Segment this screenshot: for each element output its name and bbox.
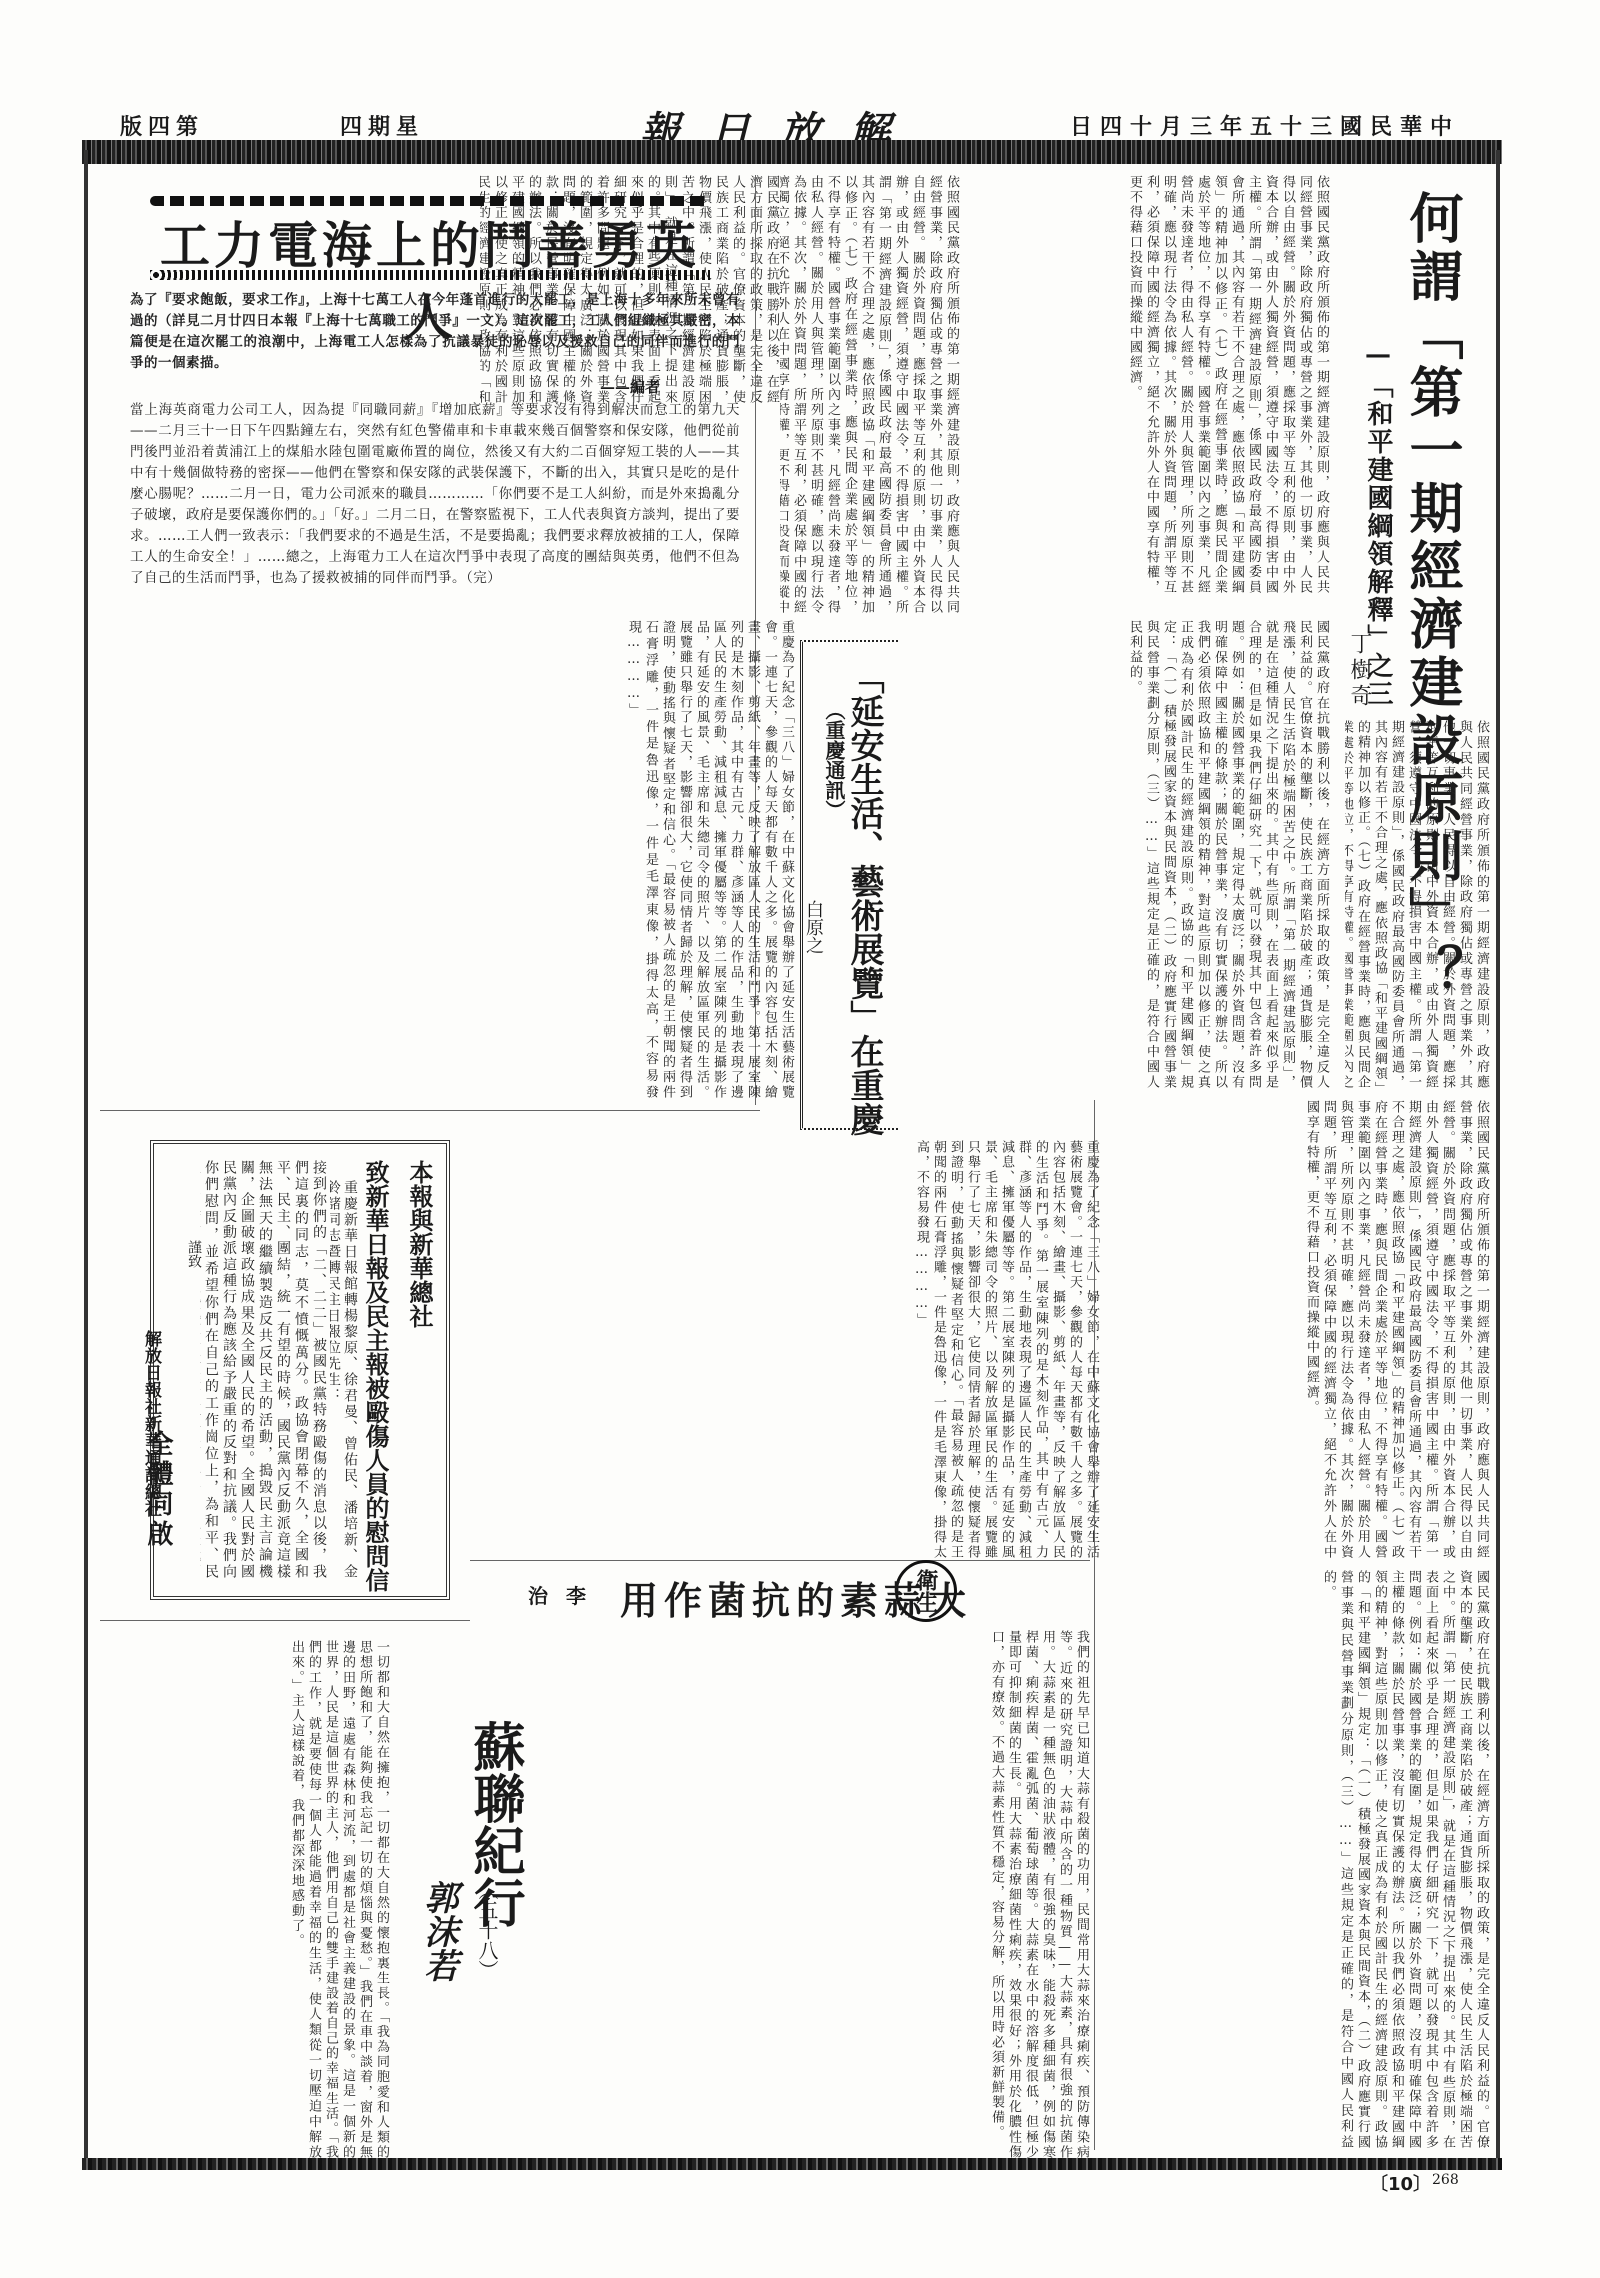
garlic-body: 我們的祖先早已知道大蒜有殺菌的功用，民間常用大蒜來治療痢疾、預防傳染病等。近來的… bbox=[510, 1630, 1090, 2160]
headline-ornament-top bbox=[150, 196, 710, 206]
masthead-rule bbox=[82, 140, 1502, 164]
section-divider bbox=[100, 1110, 760, 1111]
page-number: 〔10〕 bbox=[1370, 2170, 1431, 2196]
shanghai-power-intro: 為了『要求飽飯，要求工作』，上海十七萬工人在今年蓬首進行的大罷工，是上海十多年來… bbox=[130, 290, 740, 374]
yanan-author: 白原之 bbox=[800, 900, 826, 954]
main-body-right-lower: 依照國民黨政府所頒佈的第一期經濟建設原則，政府應與人民共同經營事業，除政府獨佔或… bbox=[1100, 1100, 1490, 1560]
main-body-middle: 國民黨政府在抗戰勝利以後，在經濟方面所採取的政策，是完全違反人民利益的。官僚資本… bbox=[910, 620, 1330, 1090]
condolence-title-line2: 致新華日報及民主報被毆傷人員的慰問信 bbox=[360, 1160, 390, 1592]
frame-border-right bbox=[1496, 150, 1500, 2170]
main-byline: 丁樹奇 bbox=[1344, 632, 1375, 710]
soviet-travel-body: 一切都和大自然在擁抱，一切都在大自然的懷抱裏生長。「我為同胞愛和人類的思想所飽和… bbox=[100, 1640, 390, 2160]
frame-border-left bbox=[84, 150, 88, 2170]
editor-note-sign: ——編者 bbox=[600, 376, 660, 397]
main-body-right-bottom: 國民黨政府在抗戰勝利以後，在經濟方面所採取的政策，是完全違反人民利益的。官僚資本… bbox=[1100, 1570, 1490, 2150]
edition-label: 第四版 bbox=[120, 110, 204, 141]
signer-jiefang: 解放日報社 bbox=[140, 1330, 161, 1415]
garlic-author: 李治 bbox=[528, 1580, 604, 1609]
headline-ornament-bottom bbox=[150, 270, 710, 280]
folio-number: 268 bbox=[1432, 2172, 1459, 2188]
main-body-right-col: 依照國民黨政府所頒佈的第一期經濟建設原則，政府應與人民共同經營事業，除政府獨佔或… bbox=[1345, 720, 1490, 1090]
yanan-headline: 「延安生活、藝術展覽」在重慶 bbox=[846, 660, 882, 1136]
soviet-travel-part: （五十八） bbox=[476, 1880, 498, 1980]
soviet-top-rule bbox=[100, 1620, 470, 1621]
newspaper-page: 第四版 星期四 解放日報 中華民國三十五年三月十四日 何謂「第一期經濟建設原則」… bbox=[0, 0, 1600, 2278]
weekday-label: 星期四 bbox=[340, 110, 424, 141]
garlic-headline: 大蒜素的抗菌作用 bbox=[620, 1570, 972, 1625]
condolence-addressees: 重慶新華日報館轉楊黎原、徐君曼、曾佑民、潘培新、金鈴諸同志暨轉民主日報位先生： bbox=[330, 1180, 358, 1580]
column-divider-right bbox=[1094, 1100, 1095, 2150]
condolence-salute: 謹致 bbox=[184, 1240, 204, 1268]
main-body-top: 依照國民黨政府所頒佈的第一期經濟建設原則，政府應與人民共同經營事業，除政府獨佔或… bbox=[960, 175, 1330, 595]
condolence-body: 接到你們的「二、二二」被國民黨特務毆傷的消息以後，我們這裏的同志，莫不憤慨萬分。… bbox=[200, 1160, 328, 1580]
date-label: 中華民國三十五年三月十四日 bbox=[1070, 110, 1460, 141]
garlic-top-rule bbox=[470, 1560, 1090, 1561]
yanan-body: 重慶為了紀念「三八」婦女節，在中蘇文化協會舉辦了延安生活藝術展覽會。一連七天，參… bbox=[480, 620, 795, 1100]
yanan-body-lower: 重慶為了紀念「三八」婦女節，在中蘇文化協會舉辦了延安生活藝術展覽會。一連七天，參… bbox=[480, 1140, 1100, 1560]
center-right-text: 依照國民黨政府所頒佈的第一期經濟建設原則，政府應與人民共同經營事業，除政府獨佔或… bbox=[780, 175, 960, 615]
masthead: 第四版 星期四 解放日報 中華民國三十五年三月十四日 bbox=[80, 104, 1500, 144]
soviet-travel-author-signature: 郭沫若 bbox=[420, 1880, 456, 1982]
condolence-closing: 全體同啟 bbox=[140, 1430, 177, 1550]
condolence-title-line1: 本報與新華總社 bbox=[404, 1160, 434, 1328]
yanan-dateline: （重慶通訊） bbox=[820, 700, 849, 820]
